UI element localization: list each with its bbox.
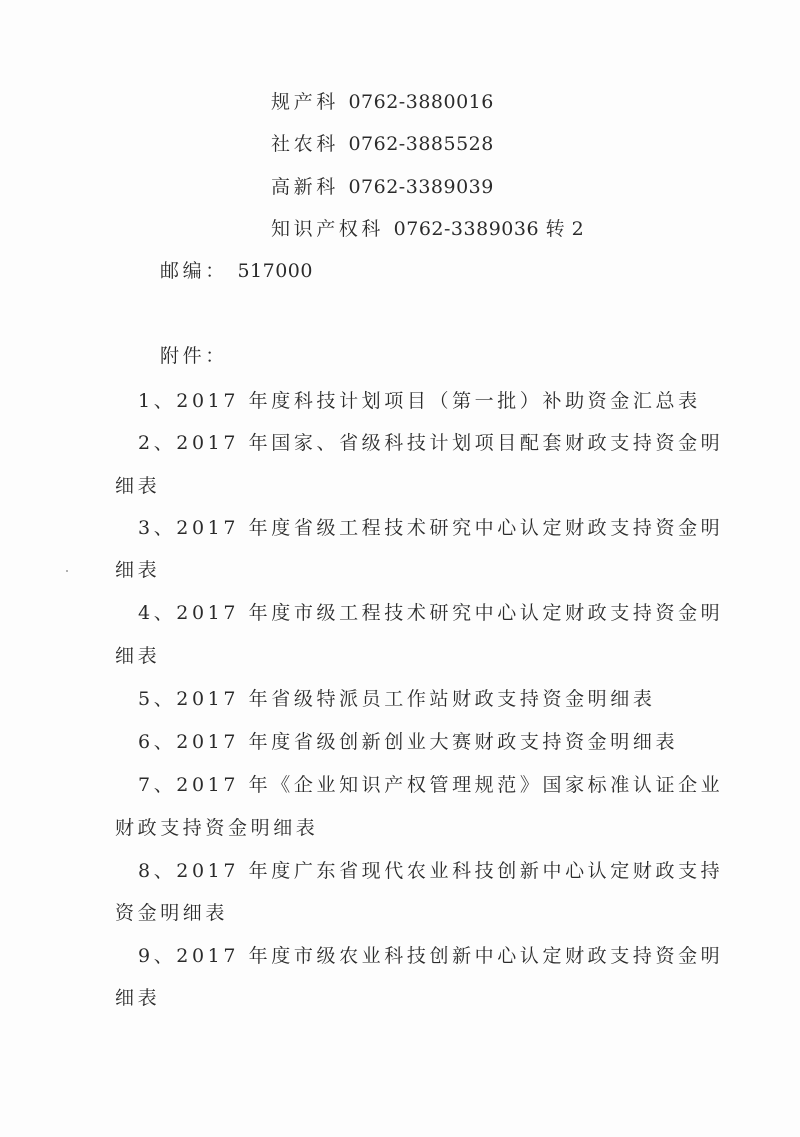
attachment-item-3: 3、2017 年度省级工程技术研究中心认定财政支持资金明: [138, 516, 723, 540]
attachment-item-6: 6、2017 年度省级创新创业大赛财政支持资金明细表: [138, 730, 678, 754]
attachment-item-2-cont: 细表: [115, 474, 160, 498]
attachment-item-7: 7、2017 年《企业知识产权管理规范》国家标准认证企业: [138, 773, 723, 797]
contact-phone: 0762-3389039: [348, 176, 493, 198]
attachment-item-4-cont: 细表: [115, 644, 160, 668]
scan-speck: [645, 702, 647, 704]
scan-speck: [66, 570, 68, 572]
postcode-label: 邮编：: [160, 260, 228, 282]
attachment-item-5: 5、2017 年省级特派员工作站财政支持资金明细表: [138, 687, 655, 711]
contact-line-4: 知识产权科 0762-3389036 转 2: [271, 217, 584, 241]
contact-line-1: 规产科 0762-3880016: [271, 90, 494, 114]
attachment-item-2: 2、2017 年国家、省级科技计划项目配套财政支持资金明: [138, 431, 723, 455]
contact-line-2: 社农科 0762-3885528: [271, 132, 494, 156]
contact-dept: 知识产权科: [271, 218, 384, 240]
contact-dept: 社农科: [271, 133, 339, 155]
attachment-item-1: 1、2017 年度科技计划项目（第一批）补助资金汇总表: [138, 389, 701, 413]
attachment-item-7-cont: 财政支持资金明细表: [115, 816, 318, 840]
attachment-item-8-cont: 资金明细表: [115, 901, 228, 925]
attachment-item-4: 4、2017 年度市级工程技术研究中心认定财政支持资金明: [138, 601, 723, 625]
attachment-item-9-cont: 细表: [115, 986, 160, 1010]
contact-phone: 0762-3885528: [348, 133, 493, 155]
postcode-line: 邮编： 517000: [160, 259, 313, 283]
contact-line-3: 高新科 0762-3389039: [271, 175, 494, 199]
contact-dept: 高新科: [271, 176, 339, 198]
contact-phone: 0762-3880016: [348, 91, 493, 113]
postcode-value: 517000: [237, 260, 313, 282]
attachment-item-3-cont: 细表: [115, 558, 160, 582]
attachment-item-9: 9、2017 年度市级农业科技创新中心认定财政支持资金明: [138, 944, 723, 968]
attachments-heading: 附件：: [160, 344, 228, 368]
attachment-item-8: 8、2017 年度广东省现代农业科技创新中心认定财政支持: [138, 859, 723, 883]
contact-phone: 0762-3389036 转 2: [394, 218, 585, 240]
contact-dept: 规产科: [271, 91, 339, 113]
